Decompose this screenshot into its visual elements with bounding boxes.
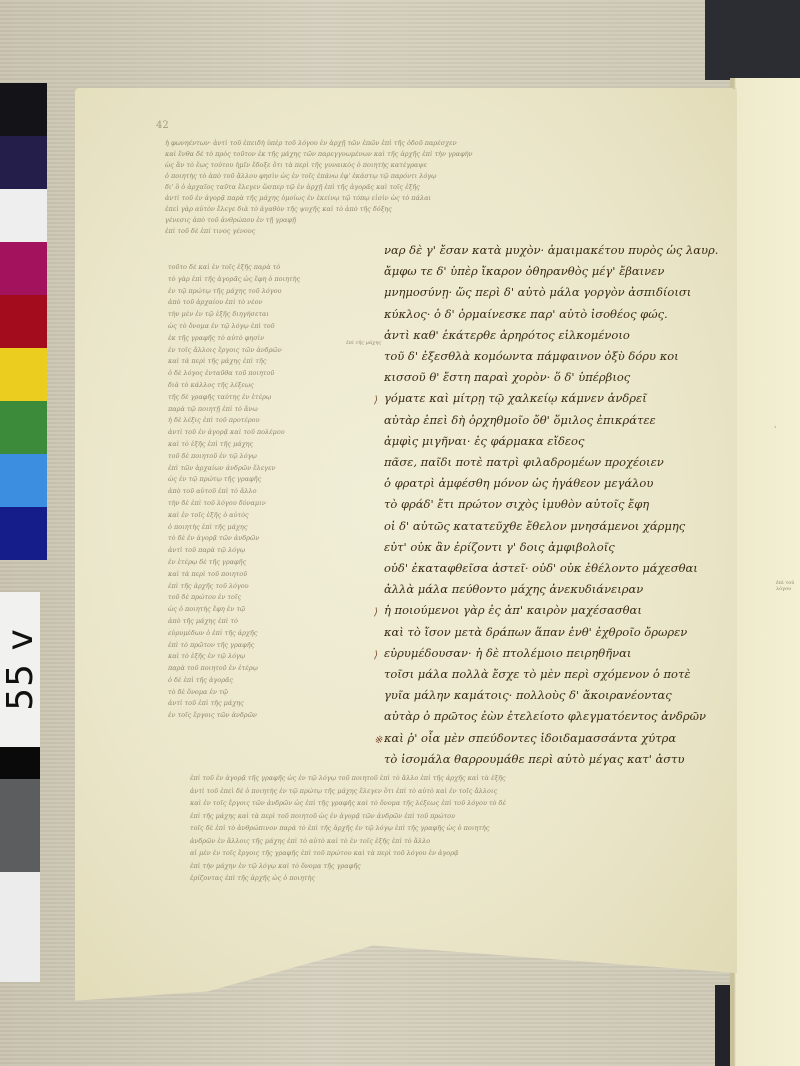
grayscale-gray-swatch	[0, 779, 40, 872]
commentary-line: καὶ ἐν τοῖς ἑξῆς ὁ αὐτὸς	[168, 510, 343, 522]
swatch-yellow	[0, 348, 47, 401]
line-marker: ※	[374, 730, 382, 751]
commentary-line: ὡς ἂν τὸ ἕως τούτου ἡμῖν ἔδοξε ὅτι τὰ πε…	[165, 160, 705, 171]
commentary-line: τὴν δὲ ἐπὶ τοῦ λόγου δύναμιν	[168, 498, 343, 510]
commentary-line: καὶ τὸ ἑξῆς ἐπὶ τῆς μάχης	[168, 439, 343, 451]
swatch-green	[0, 401, 47, 454]
text-line: ἠ ποιούμενοι γὰρ ἐς ἀπ' καιρὸν μαχέσασθα…	[384, 600, 729, 621]
commentary-line: ἐρίζοντας ἐπὶ τῆς ἀρχῆς ὡς ὁ ποιητὴς	[190, 872, 690, 885]
grayscale-black-swatch	[0, 747, 40, 779]
commentary-line: γένεσις ἀπὸ τοῦ ἀνθρώπου ἐν τῇ γραφῇ	[165, 215, 705, 226]
commentary-line: ὁ ποιητὴς τὸ ἀπὸ τοῦ ἄλλου φησὶν ὡς ἐν τ…	[165, 171, 705, 182]
text-line: οἱ δ' αὐτῶς κατατεῦχθε ἔθελον μνησάμενοι…	[384, 516, 729, 537]
top-commentary: ἡ φωνηέντων· ἀντὶ τοῦ ἐπειδὴ ὑπὲρ τοῦ λό…	[165, 138, 705, 237]
commentary-line: ὡς ὁ ποιητὴς ἔφη ἐν τῷ	[168, 604, 343, 616]
line-marker: ⟩	[374, 602, 378, 623]
commentary-line: ἀντὶ τοῦ ἐπεὶ δὲ ὁ ποιητὴς ἐν τῷ πρώτῳ τ…	[190, 785, 690, 798]
commentary-line: ἀπὸ τοῦ ἀρχαίου ἐπὶ τὸ νέον	[168, 297, 343, 309]
commentary-line: ἐπὶ τῆς μάχης καὶ τὰ περὶ τοῦ ποιητοῦ ὡς…	[190, 810, 690, 823]
commentary-line: ἐπὶ τὴν μάχην ἐν τῷ λόγῳ καὶ τὸ ὄνομα τῆ…	[190, 860, 690, 873]
line-marker: ⟩	[374, 390, 378, 411]
bottom-commentary: ἐπὶ τοῦ ἐν ἀγορᾷ τῆς γραφῆς ὡς ἐν τῷ λόγ…	[190, 772, 690, 885]
commentary-line: ἀπὸ τῆς μάχης ἐπὶ τὸ	[168, 616, 343, 628]
commentary-line: ἀντὶ τοῦ ἐν ἀγορᾷ καὶ τοῦ πολέμου	[168, 427, 343, 439]
commentary-line: ἀντὶ τοῦ ἐν ἀγορᾷ παρὰ τῆς μάχης ὁμοίως …	[165, 193, 705, 204]
commentary-line: τοῦ δὲ ποιητοῦ ἐν τῷ λόγῳ	[168, 451, 343, 463]
commentary-line: ἐν τοῖς ἄλλοις ἔργοις τῶν ἀνδρῶν	[168, 345, 343, 357]
commentary-line: τὸ δὲ ὄνομα ἐν τῷ	[168, 687, 343, 699]
commentary-line: ἐν ἑτέρῳ δὲ τῆς γραφῆς	[168, 557, 343, 569]
commentary-line: ἐπὶ τοῦ δὲ ἐπί τινος γένους	[165, 226, 705, 237]
commentary-line: ὁ ποιητὴς ἐπὶ τῆς μάχης	[168, 522, 343, 534]
swatch-red	[0, 295, 47, 348]
line-marker: ⟩	[374, 645, 378, 666]
text-line: τὸ ἰσομάλα θαρρουμάθε περὶ αὐτὸ μέγας κα…	[384, 749, 729, 770]
text-line: τοῖσι μάλα πολλὰ ἔσχε τὸ μὲν περὶ σχόμεν…	[384, 664, 729, 685]
text-line: τοῦ δ' ἐξεσθλὰ κομόωντα πάμφαινον ὀξὺ δό…	[384, 346, 729, 367]
commentary-line: ἐπεὶ γὰρ αὐτὸν ἔλεγε διὰ τὸ ἀγαθὸν τῆς ψ…	[165, 204, 705, 215]
grayscale-white-swatch	[0, 872, 40, 982]
swatch-white	[0, 189, 47, 242]
color-calibration-strip	[0, 83, 47, 560]
commentary-line: ἡ δὲ λέξις ἐπὶ τοῦ προτέρου	[168, 415, 343, 427]
text-line: αὐτὰρ ὁ πρῶτος ἐὼν ἐτελείοτο φλεγματόεντ…	[384, 706, 729, 727]
text-line: εὐτ' οὐκ ἂν ἐρίζοντι γ' δοις ἀμφιβολοῖς	[384, 537, 729, 558]
text-line: αὐτὰρ ἐπεὶ δὴ ὀρχηθμοῖο ὄθ' ὅμιλος ἐπικρ…	[384, 410, 729, 431]
commentary-line: ἡ φωνηέντων· ἀντὶ τοῦ ἐπειδὴ ὑπὲρ τοῦ λό…	[165, 138, 705, 149]
swatch-cyan	[0, 454, 47, 507]
text-line: ναρ δὲ γ' ἔσαν κατὰ μυχὸν· ἀμαιμακέτου π…	[384, 240, 729, 261]
commentary-line: ὁ δὲ ἐπὶ τῆς ἀγορᾶς	[168, 675, 343, 687]
swatch-dark-purple	[0, 136, 47, 189]
text-line: οὐδ' ἐκαταφθεῖσα ἀστεῖ· οὐδ' οὐκ ἐθέλοντ…	[384, 558, 729, 579]
commentary-line: ὁ δὲ λόγος ἐνταῦθα τοῦ ποιητοῦ	[168, 368, 343, 380]
commentary-line: δι' ὃ ὁ ἀρχαῖος ταῦτα ἔλεγεν ὥσπερ τῷ ἐν…	[165, 182, 705, 193]
commentary-line: ἀνδρῶν ἐν ἄλλοις τῆς μάχης ἐπὶ τὸ αὐτὸ κ…	[190, 835, 690, 848]
commentary-line: αἱ μὲν ἐν τοῖς ἔργοις τῆς γραφῆς ἐπὶ τοῦ…	[190, 847, 690, 860]
text-line: γυῖα μάλην καμάτοις· πολλοὺς δ' ἄκοιρανέ…	[384, 685, 729, 706]
commentary-line: διὰ τὸ κάλλος τῆς λέξεως	[168, 380, 343, 392]
commentary-line: ἐν τῷ πρώτῳ τῆς μάχης τοῦ λόγου	[168, 286, 343, 298]
commentary-line: καὶ τὰ περὶ τῆς μάχης ἐπὶ τῆς	[168, 356, 343, 368]
text-line: καὶ τὸ ἴσον μετὰ δράπων ἅπαν ἐνθ' ἐχθροῖ…	[384, 622, 729, 643]
leaf-mark: ·	[774, 423, 777, 432]
commentary-line: τὸ γὰρ ἐπὶ τῆς ἀγορᾶς ὡς ἔφη ὁ ποιητὴς	[168, 274, 343, 286]
commentary-line: τοῦ δὲ πρώτου ἐν τοῖς	[168, 592, 343, 604]
commentary-line: καὶ τὰ περὶ τοῦ ποιητοῦ	[168, 569, 343, 581]
commentary-line: ὡς τὸ ὄνομα ἐν τῷ λόγῳ ἐπὶ τοῦ	[168, 321, 343, 333]
text-line: ἀλλὰ μάλα πεύθοντο μάχης ἀνεκυδιάνειραν	[384, 579, 729, 600]
commentary-line: τὴν μὲν ἐν τῷ ἑξῆς διηγήσεται	[168, 309, 343, 321]
commentary-line: ἐν τοῖς ἔργοις τῶν ἀνδρῶν	[168, 710, 343, 722]
commentary-line: παρὰ τῷ ποιητῇ ἐπὶ τὸ ἄνω	[168, 404, 343, 416]
mid-margin-note: ἐπὶ τῆς μάχης	[346, 338, 381, 349]
text-line: ἀντὶ καθ' ἑκάτερθε ἀρηρότος εἰλκομένοιο	[384, 325, 729, 346]
commentary-line: παρὰ τοῦ ποιητοῦ ἐν ἑτέρῳ	[168, 663, 343, 675]
commentary-line: ἐπὶ τῶν ἀρχαίων ἀνδρῶν ἔλεγεν	[168, 463, 343, 475]
text-line: εὐρυμέδουσαν· ἡ δὲ πτολέμοιο πειρηθῆναι	[384, 643, 729, 664]
page-number: 42	[156, 120, 169, 131]
folio-label-card: 55 v	[0, 592, 40, 747]
left-commentary: τοῦτο δὲ καὶ ἐν τοῖς ἑξῆς παρὰ τὸτὸ γὰρ …	[168, 262, 343, 722]
commentary-line: τῆς δὲ γραφῆς ταύτης ἐν ἑτέρῳ	[168, 392, 343, 404]
text-line: ὁ φρατρὶ ἀμφέσθη μόνον ὡς ἠγάθεον μεγάλο…	[384, 473, 729, 494]
commentary-line: τοῖς δὲ ἐπὶ τὸ ἀνθρώπινον παρὰ τὸ ἐπὶ τῆ…	[190, 822, 690, 835]
commentary-line: εὐρυμέδων ὁ ἐπὶ τῆς ἀρχῆς	[168, 628, 343, 640]
commentary-line: ἀντὶ τοῦ ἐπὶ τῆς μάχης	[168, 698, 343, 710]
commentary-line: τοῦτο δὲ καὶ ἐν τοῖς ἑξῆς παρὰ τὸ	[168, 262, 343, 274]
commentary-line: καὶ ἐν τοῖς ἔργοις τῶν ἀνδρῶν ὡς ἐπὶ τῆς…	[190, 797, 690, 810]
commentary-line: ἐπὶ τοῦ ἐν ἀγορᾷ τῆς γραφῆς ὡς ἐν τῷ λόγ…	[190, 772, 690, 785]
text-line: τὸ φράδ' ἔτι πρώτον σιχὸς ἰμυθὸν αὐτοῖς …	[384, 494, 729, 515]
commentary-line: ἀπὸ τοῦ αὐτοῦ ἐπὶ τὸ ἄλλο	[168, 486, 343, 498]
text-line: καὶ ῥ' οἷα μὲν σπεύδοντες ἰδοιδαμασσάντα…	[384, 728, 729, 749]
commentary-line: ἐκ τῆς γραφῆς τὸ αὐτὸ φησὶν	[168, 333, 343, 345]
text-line: ἀμφὶς μιγῆναι· ἐς φάρμακα εἴδεος	[384, 431, 729, 452]
text-line: κισσοῦ θ' ἔστη παραὶ χορὸν· ὅ δ' ὑπέρβιο…	[384, 367, 729, 388]
swatch-black	[0, 83, 47, 136]
text-line: ἄμφω τε δ' ὑπὲρ ἴκαρον ὀθηρανθὸς μέγ' ἔβ…	[384, 261, 729, 282]
commentary-line: ἐπὶ τῆς ἀρχῆς τοῦ λόγου	[168, 581, 343, 593]
facing-leaf-edge: ἐπὶ τοῦ λόγου ·	[730, 78, 800, 1066]
right-margin-note: ἐπὶ τοῦ λόγου	[776, 580, 800, 592]
text-line: πᾶσε, παῖδι ποτὲ πατρὶ φιλαδρομέων προχέ…	[384, 452, 729, 473]
dark-cloth-top	[705, 0, 800, 80]
commentary-line: καὶ ἔνθα δὲ τὸ πρὸς τοῦτον ἐκ τῆς μάχης …	[165, 149, 705, 160]
swatch-magenta	[0, 242, 47, 295]
commentary-line: τὸ δὲ ἐν ἀγορᾷ τῶν ἀνδρῶν	[168, 533, 343, 545]
text-line: μνημοσύνῃ· ὥς περὶ δ' αὐτὸ μάλα γοργὸν ἀ…	[384, 282, 729, 303]
main-text-column: ναρ δὲ γ' ἔσαν κατὰ μυχὸν· ἀμαιμακέτου π…	[384, 240, 729, 770]
commentary-line: ἐπὶ τὸ πρῶτον τῆς γραφῆς	[168, 640, 343, 652]
commentary-line: ὡς ἐν τῷ πρώτῳ τῆς γραφῆς	[168, 474, 343, 486]
folio-label: 55 v	[0, 628, 41, 711]
commentary-line: καὶ τὸ ἑξῆς ἐν τῷ λόγῳ	[168, 651, 343, 663]
commentary-line: ἀντὶ τοῦ παρὰ τῷ λόγῳ	[168, 545, 343, 557]
text-line: κύκλος· ὁ δ' ὁρμαίνεσκε παρ' αὐτὸ ἰσοθέο…	[384, 304, 729, 325]
swatch-blue	[0, 507, 47, 560]
text-line: γόματε καὶ μίτρῃ τῷ χαλκείῳ κάμνεν ἀνδρε…	[384, 388, 729, 409]
